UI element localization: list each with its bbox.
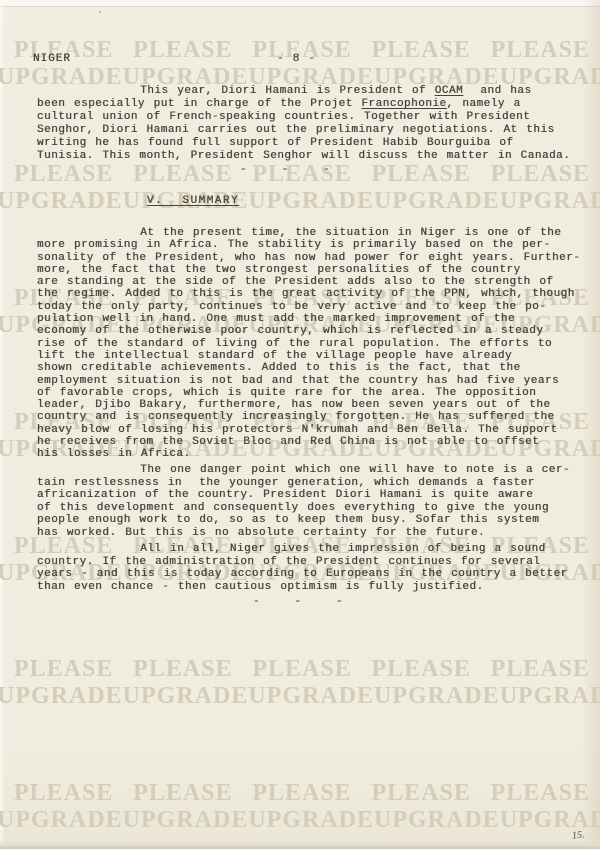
typed-content: NIGER - 8 - This year, Diori Hamani is P… <box>0 0 600 849</box>
page-number: - 8 - <box>277 53 316 65</box>
paragraph-summary-2: The one danger point which one will have… <box>37 464 593 539</box>
page-header: NIGER - 8 - <box>0 53 600 67</box>
paragraph-ocam-text: This year, Diori Hamani is President of <box>37 85 435 97</box>
paragraph-ocam: This year, Diori Hamani is President of … <box>37 85 589 163</box>
scanned-document-page: PLEASEPLEASEPLEASEPLEASEPLEASEUPGRADEUPG… <box>0 0 600 849</box>
section-heading-summary: V. SUMMARY <box>147 195 239 207</box>
underlined-term-ocam: OCAM <box>435 85 463 97</box>
dash-separator: - - - <box>240 164 330 176</box>
section-heading-text: V. SUMMARY <box>147 195 239 207</box>
dash-separator: - - - <box>253 596 343 608</box>
paragraph-summary-1: At the present time, the situation in Ni… <box>37 227 593 461</box>
paragraph-summary-3: All in all, Niger gives the impression o… <box>37 543 593 593</box>
underlined-term-francophonie: Francophonie <box>361 98 446 110</box>
document-title: NIGER <box>33 53 71 65</box>
